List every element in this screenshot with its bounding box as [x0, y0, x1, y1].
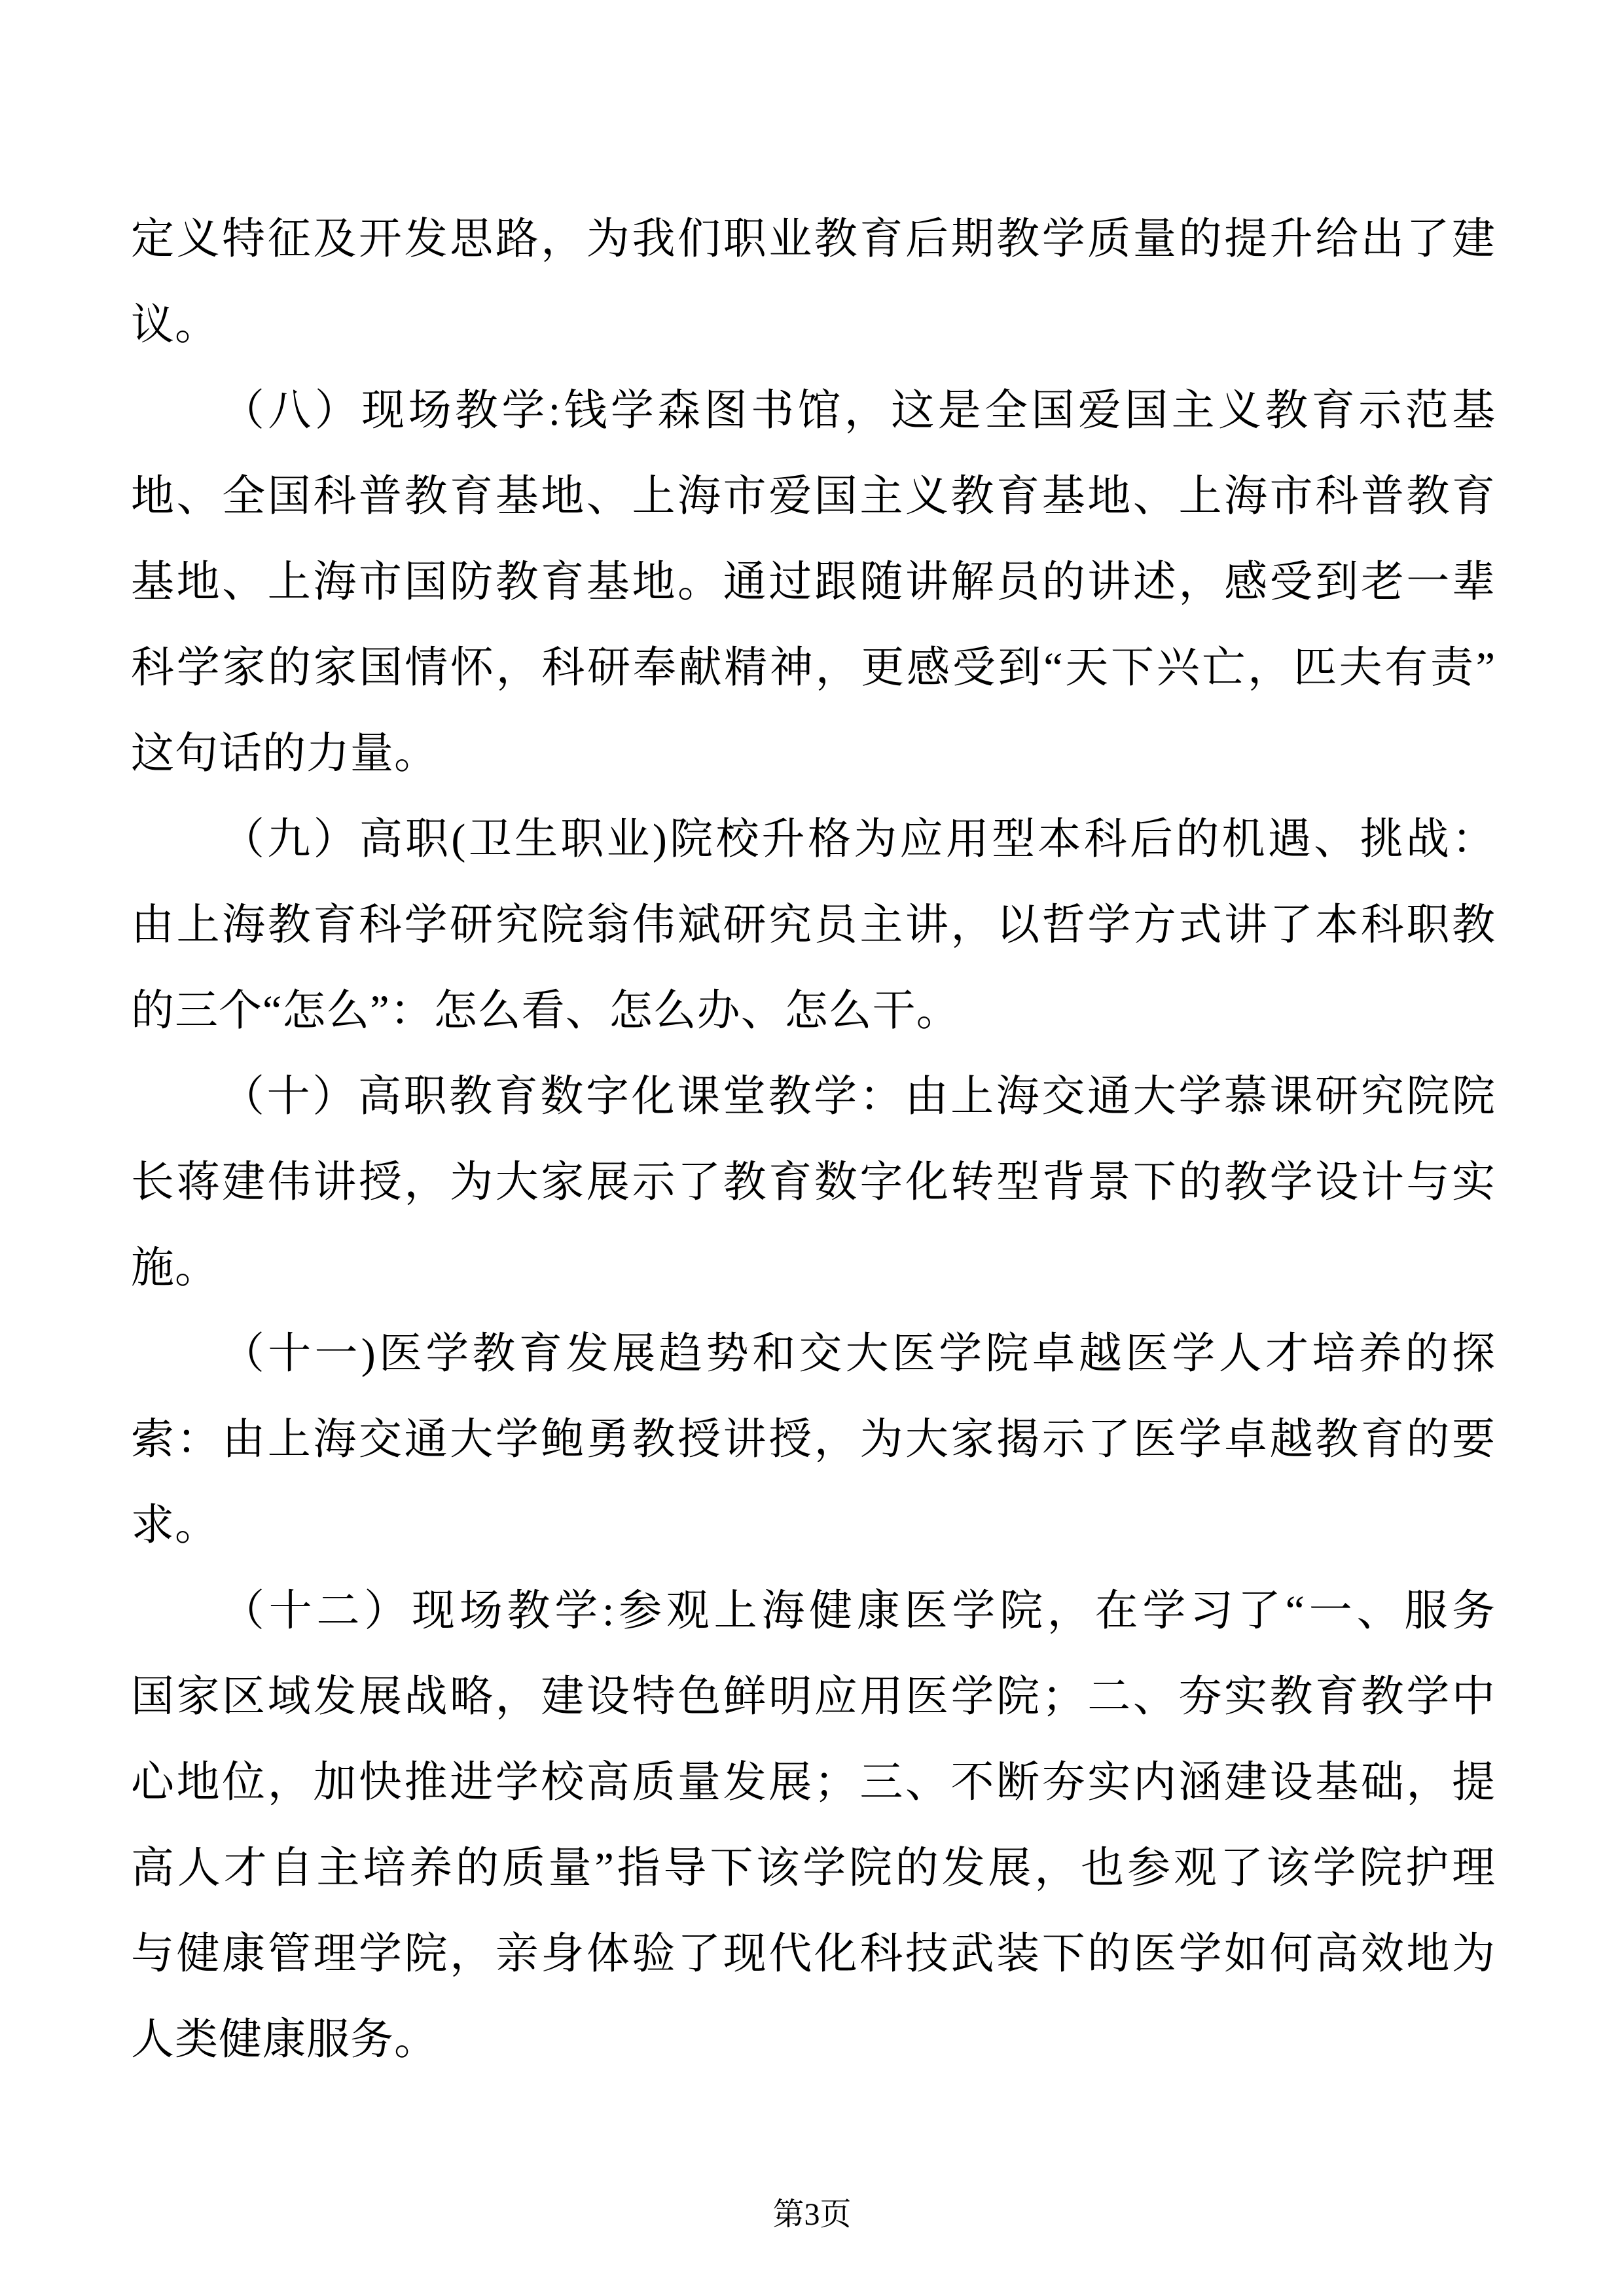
- text-line: （十一)医学教育发展趋势和交大医学院卓越医学人才培养的探: [131, 1311, 1496, 1397]
- text-line: 由上海教育科学研究院翁伟斌研究员主讲，以哲学方式讲了本科职教: [131, 882, 1496, 968]
- text-line: 索：由上海交通大学鲍勇教授讲授，为大家揭示了医学卓越教育的要: [131, 1397, 1496, 1482]
- text-line: （十二）现场教学:参观上海健康医学院，在学习了“一、服务: [131, 1568, 1496, 1654]
- text-line: 施。: [131, 1225, 1496, 1311]
- text-line: 议。: [131, 282, 1496, 368]
- text-line: 定义特征及开发思路，为我们职业教育后期教学质量的提升给出了建: [131, 196, 1496, 282]
- document-page: 定义特征及开发思路，为我们职业教育后期教学质量的提升给出了建 议。 （八）现场教…: [0, 0, 1624, 2296]
- text-line: （八）现场教学:钱学森图书馆，这是全国爱国主义教育示范基: [131, 368, 1496, 454]
- text-line: 国家区域发展战略，建设特色鲜明应用医学院；二、夯实教育教学中: [131, 1654, 1496, 1740]
- text-line: 基地、上海市国防教育基地。通过跟随讲解员的讲述，感受到老一辈: [131, 539, 1496, 625]
- document-content: 定义特征及开发思路，为我们职业教育后期教学质量的提升给出了建 议。 （八）现场教…: [131, 196, 1496, 2083]
- page-number: 第3页: [772, 2197, 851, 2232]
- text-line: （九）高职(卫生职业)院校升格为应用型本科后的机遇、挑战：: [131, 797, 1496, 882]
- text-line: 科学家的家国情怀，科研奉献精神，更感受到“天下兴亡，匹夫有责”: [131, 625, 1496, 711]
- page-footer: 第3页: [0, 2191, 1624, 2238]
- text-line: 地、全国科普教育基地、上海市爱国主义教育基地、上海市科普教育: [131, 454, 1496, 539]
- text-line: （十）高职教育数字化课堂教学：由上海交通大学慕课研究院院: [131, 1054, 1496, 1139]
- text-line: 心地位，加快推进学校高质量发展；三、不断夯实内涵建设基础，提: [131, 1740, 1496, 1825]
- text-line: 人类健康服务。: [131, 1997, 1496, 2083]
- text-line: 高人才自主培养的质量”指导下该学院的发展，也参观了该学院护理: [131, 1825, 1496, 1911]
- text-line: 这句话的力量。: [131, 711, 1496, 797]
- text-line: 长蒋建伟讲授，为大家展示了教育数字化转型背景下的教学设计与实: [131, 1139, 1496, 1225]
- text-line: 求。: [131, 1482, 1496, 1568]
- text-line: 的三个“怎么”：怎么看、怎么办、怎么干。: [131, 968, 1496, 1054]
- text-line: 与健康管理学院，亲身体验了现代化科技武装下的医学如何高效地为: [131, 1911, 1496, 1997]
